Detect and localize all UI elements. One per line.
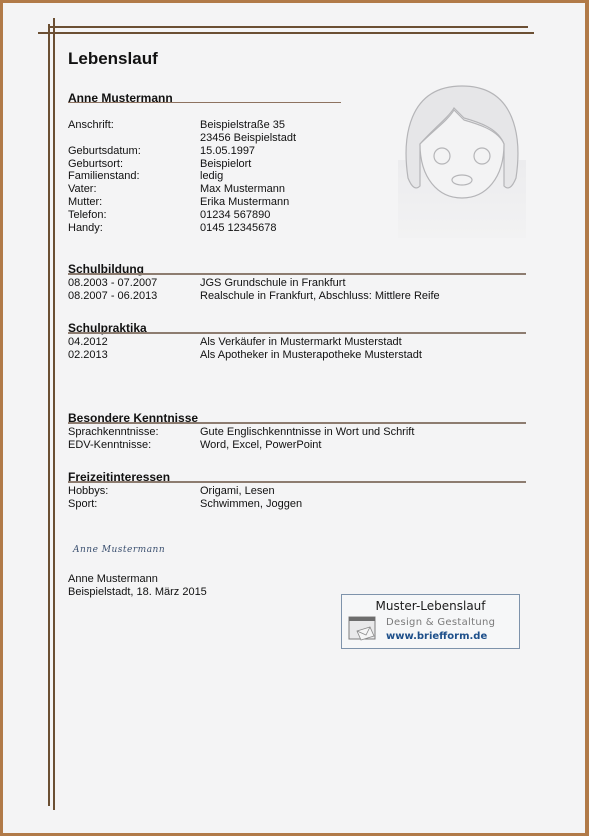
decorative-rule-top-1 [48, 26, 528, 28]
row-label: 02.2013 [68, 349, 108, 362]
row-label: 08.2003 - 07.2007 [68, 277, 157, 290]
info-value: 01234 567890 [200, 209, 270, 222]
row-label: Sport: [68, 498, 97, 511]
section-divider [68, 481, 526, 483]
section-divider [68, 332, 526, 334]
row-value: Als Verkäufer in Mustermarkt Musterstadt [200, 336, 402, 349]
brand-title: Muster-Lebenslauf [342, 599, 519, 613]
row-value: Gute Englischkenntnisse in Wort und Schr… [200, 426, 414, 439]
info-value: 0145 12345678 [200, 222, 276, 235]
info-label: Anschrift: [68, 119, 114, 132]
photo-placeholder [398, 78, 526, 238]
decorative-rule-left-2 [53, 18, 55, 810]
info-label: Mutter: [68, 196, 102, 209]
info-label: Handy: [68, 222, 103, 235]
row-value: Realschule in Frankfurt, Abschluss: Mitt… [200, 290, 440, 303]
row-value: Schwimmen, Joggen [200, 498, 302, 511]
row-label: Sprachkenntnisse: [68, 426, 159, 439]
info-value: Erika Mustermann [200, 196, 289, 209]
document-title: Lebenslauf [68, 49, 158, 69]
info-value: Beispielstraße 35 [200, 119, 285, 132]
row-label: 08.2007 - 06.2013 [68, 290, 157, 303]
info-value: 15.05.1997 [200, 145, 255, 158]
info-value: 23456 Beispielstadt [200, 132, 296, 145]
brand-badge[interactable]: Muster-Lebenslauf Design & Gestaltung ww… [341, 594, 520, 649]
section-divider [68, 422, 526, 424]
brand-url-link[interactable]: www.briefform.de [386, 631, 487, 642]
info-label: Vater: [68, 183, 97, 196]
info-value: Max Mustermann [200, 183, 285, 196]
envelope-window-icon [348, 615, 380, 643]
row-label: 04.2012 [68, 336, 108, 349]
decorative-rule-top-2 [38, 32, 534, 34]
brand-subtitle: Design & Gestaltung [386, 617, 495, 628]
signature-place-date: Beispielstadt, 18. März 2015 [68, 586, 207, 598]
info-label: Familienstand: [68, 170, 140, 183]
decorative-rule-left-1 [48, 24, 50, 806]
row-value: Word, Excel, PowerPoint [200, 439, 321, 452]
row-label: Hobbys: [68, 485, 108, 498]
handwritten-signature: Anne Mustermann [73, 545, 165, 555]
row-label: EDV-Kenntnisse: [68, 439, 151, 452]
row-value: Als Apotheker in Musterapotheke Musterst… [200, 349, 422, 362]
section-divider [68, 273, 526, 275]
info-label: Geburtsdatum: [68, 145, 141, 158]
info-label: Telefon: [68, 209, 107, 222]
woman-avatar-icon [398, 78, 526, 238]
row-value: JGS Grundschule in Frankfurt [200, 277, 346, 290]
signature-name: Anne Mustermann [68, 573, 158, 585]
row-value: Origami, Lesen [200, 485, 275, 498]
info-value: ledig [200, 170, 223, 183]
name-underline [68, 102, 341, 103]
